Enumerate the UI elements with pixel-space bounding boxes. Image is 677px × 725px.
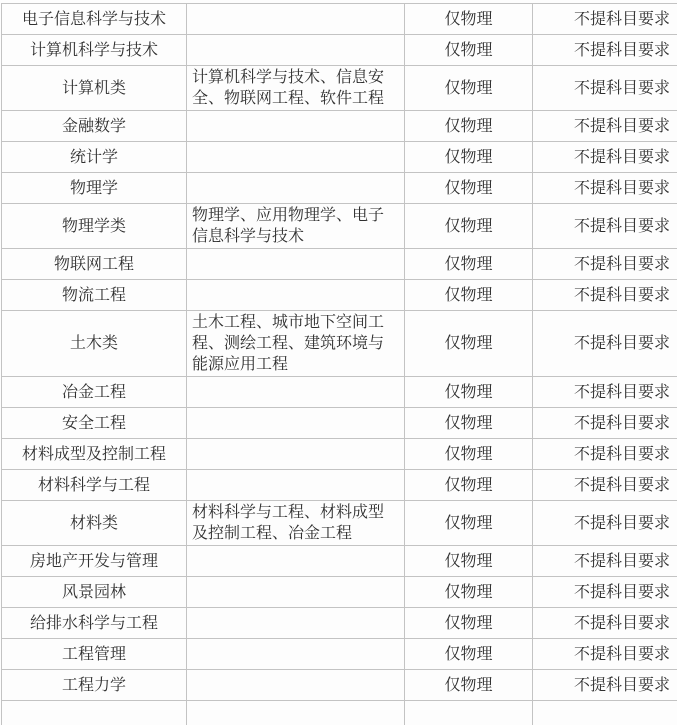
major-name-cell: 给排水科学与工程 (2, 608, 187, 639)
subject-requirement-cell: 仅物理 (405, 546, 533, 577)
table-row: 计算机科学与技术 仅物理 不提科目要求 (2, 35, 677, 66)
included-majors-cell (187, 280, 405, 311)
other-requirement-cell: 不提科目要求 (533, 439, 677, 470)
table-row: 电子信息科学与技术 仅物理 不提科目要求 (2, 4, 677, 35)
subject-requirement-cell: 仅物理 (405, 577, 533, 608)
table-row-partial (2, 701, 677, 725)
major-name-cell: 计算机科学与技术 (2, 35, 187, 66)
subject-requirement-cell: 仅物理 (405, 66, 533, 111)
table-row: 物联网工程 仅物理 不提科目要求 (2, 249, 677, 280)
other-requirement-cell: 不提科目要求 (533, 204, 677, 249)
other-requirement-cell: 不提科目要求 (533, 377, 677, 408)
subject-requirement-cell: 仅物理 (405, 111, 533, 142)
major-name-cell: 物理学类 (2, 204, 187, 249)
included-majors-cell (187, 35, 405, 66)
major-name-cell: 计算机类 (2, 66, 187, 111)
major-name-cell: 物流工程 (2, 280, 187, 311)
included-majors-cell (187, 173, 405, 204)
major-name-cell (2, 701, 187, 725)
other-requirement-cell: 不提科目要求 (533, 173, 677, 204)
subject-requirement-cell: 仅物理 (405, 408, 533, 439)
included-majors-cell: 土木工程、城市地下空间工程、测绘工程、建筑环境与能源应用工程 (187, 311, 405, 377)
major-name-cell: 土木类 (2, 311, 187, 377)
other-requirement-cell (533, 701, 677, 725)
table-row: 冶金工程 仅物理 不提科目要求 (2, 377, 677, 408)
table-row: 统计学 仅物理 不提科目要求 (2, 142, 677, 173)
other-requirement-cell: 不提科目要求 (533, 111, 677, 142)
subject-requirement-cell (405, 701, 533, 725)
other-requirement-cell: 不提科目要求 (533, 4, 677, 35)
subject-requirement-cell: 仅物理 (405, 377, 533, 408)
other-requirement-cell: 不提科目要求 (533, 501, 677, 546)
subject-requirement-cell: 仅物理 (405, 4, 533, 35)
requirements-table-body: 电子信息科学与技术 仅物理 不提科目要求 计算机科学与技术 仅物理 不提科目要求… (2, 4, 677, 725)
other-requirement-cell: 不提科目要求 (533, 577, 677, 608)
table-row: 材料科学与工程 仅物理 不提科目要求 (2, 470, 677, 501)
table-row: 物理学类 物理学、应用物理学、电子信息科学与技术 仅物理 不提科目要求 (2, 204, 677, 249)
subject-requirement-cell: 仅物理 (405, 470, 533, 501)
subject-requirement-cell: 仅物理 (405, 670, 533, 701)
included-majors-cell (187, 249, 405, 280)
subject-requirement-cell: 仅物理 (405, 204, 533, 249)
other-requirement-cell: 不提科目要求 (533, 249, 677, 280)
included-majors-cell (187, 608, 405, 639)
included-majors-cell (187, 4, 405, 35)
subject-requirement-cell: 仅物理 (405, 501, 533, 546)
table-row: 金融数学 仅物理 不提科目要求 (2, 111, 677, 142)
table-row: 物流工程 仅物理 不提科目要求 (2, 280, 677, 311)
other-requirement-cell: 不提科目要求 (533, 311, 677, 377)
included-majors-cell (187, 546, 405, 577)
subject-requirement-cell: 仅物理 (405, 142, 533, 173)
table-row: 计算机类 计算机科学与技术、信息安全、物联网工程、软件工程 仅物理 不提科目要求 (2, 66, 677, 111)
other-requirement-cell: 不提科目要求 (533, 408, 677, 439)
included-majors-cell: 材料科学与工程、材料成型及控制工程、冶金工程 (187, 501, 405, 546)
table-row: 材料成型及控制工程 仅物理 不提科目要求 (2, 439, 677, 470)
major-name-cell: 风景园林 (2, 577, 187, 608)
major-name-cell: 安全工程 (2, 408, 187, 439)
included-majors-cell (187, 408, 405, 439)
major-name-cell: 电子信息科学与技术 (2, 4, 187, 35)
major-name-cell: 工程管理 (2, 639, 187, 670)
subject-requirement-cell: 仅物理 (405, 249, 533, 280)
table-row: 工程管理 仅物理 不提科目要求 (2, 639, 677, 670)
major-name-cell: 物联网工程 (2, 249, 187, 280)
table-row: 给排水科学与工程 仅物理 不提科目要求 (2, 608, 677, 639)
major-name-cell: 材料科学与工程 (2, 470, 187, 501)
other-requirement-cell: 不提科目要求 (533, 280, 677, 311)
subject-requirement-cell: 仅物理 (405, 608, 533, 639)
table-row: 安全工程 仅物理 不提科目要求 (2, 408, 677, 439)
included-majors-cell (187, 142, 405, 173)
table-row: 房地产开发与管理 仅物理 不提科目要求 (2, 546, 677, 577)
major-name-cell: 工程力学 (2, 670, 187, 701)
other-requirement-cell: 不提科目要求 (533, 608, 677, 639)
table-row: 土木类 土木工程、城市地下空间工程、测绘工程、建筑环境与能源应用工程 仅物理 不… (2, 311, 677, 377)
included-majors-cell: 物理学、应用物理学、电子信息科学与技术 (187, 204, 405, 249)
included-majors-cell (187, 701, 405, 725)
major-name-cell: 物理学 (2, 173, 187, 204)
other-requirement-cell: 不提科目要求 (533, 470, 677, 501)
other-requirement-cell: 不提科目要求 (533, 546, 677, 577)
included-majors-cell (187, 639, 405, 670)
subject-requirement-cell: 仅物理 (405, 35, 533, 66)
included-majors-cell (187, 470, 405, 501)
requirements-table: 电子信息科学与技术 仅物理 不提科目要求 计算机科学与技术 仅物理 不提科目要求… (1, 3, 677, 725)
other-requirement-cell: 不提科目要求 (533, 639, 677, 670)
other-requirement-cell: 不提科目要求 (533, 670, 677, 701)
subject-requirement-cell: 仅物理 (405, 311, 533, 377)
subject-requirement-cell: 仅物理 (405, 173, 533, 204)
subject-requirement-cell: 仅物理 (405, 280, 533, 311)
other-requirement-cell: 不提科目要求 (533, 66, 677, 111)
included-majors-cell (187, 439, 405, 470)
other-requirement-cell: 不提科目要求 (533, 35, 677, 66)
included-majors-cell (187, 670, 405, 701)
major-name-cell: 统计学 (2, 142, 187, 173)
table-row: 材料类 材料科学与工程、材料成型及控制工程、冶金工程 仅物理 不提科目要求 (2, 501, 677, 546)
major-name-cell: 材料类 (2, 501, 187, 546)
major-name-cell: 金融数学 (2, 111, 187, 142)
table-row: 物理学 仅物理 不提科目要求 (2, 173, 677, 204)
other-requirement-cell: 不提科目要求 (533, 142, 677, 173)
major-name-cell: 材料成型及控制工程 (2, 439, 187, 470)
table-row: 工程力学 仅物理 不提科目要求 (2, 670, 677, 701)
major-name-cell: 冶金工程 (2, 377, 187, 408)
included-majors-cell (187, 577, 405, 608)
subject-requirement-cell: 仅物理 (405, 439, 533, 470)
included-majors-cell (187, 377, 405, 408)
major-name-cell: 房地产开发与管理 (2, 546, 187, 577)
subject-requirements-table: 电子信息科学与技术 仅物理 不提科目要求 计算机科学与技术 仅物理 不提科目要求… (0, 0, 677, 725)
subject-requirement-cell: 仅物理 (405, 639, 533, 670)
table-row: 风景园林 仅物理 不提科目要求 (2, 577, 677, 608)
included-majors-cell (187, 111, 405, 142)
included-majors-cell: 计算机科学与技术、信息安全、物联网工程、软件工程 (187, 66, 405, 111)
